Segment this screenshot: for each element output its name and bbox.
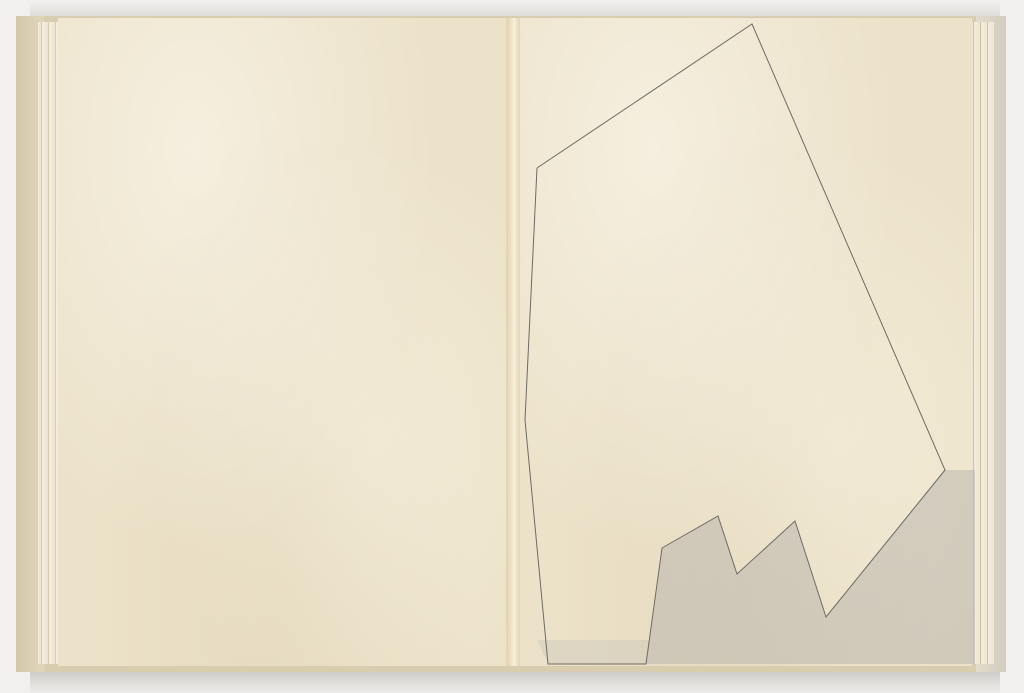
book-photograph [0, 0, 1024, 693]
pencil-drawing [0, 0, 1024, 693]
shaded-bottom-strip [537, 640, 650, 664]
shaded-jagged-base [646, 470, 975, 664]
